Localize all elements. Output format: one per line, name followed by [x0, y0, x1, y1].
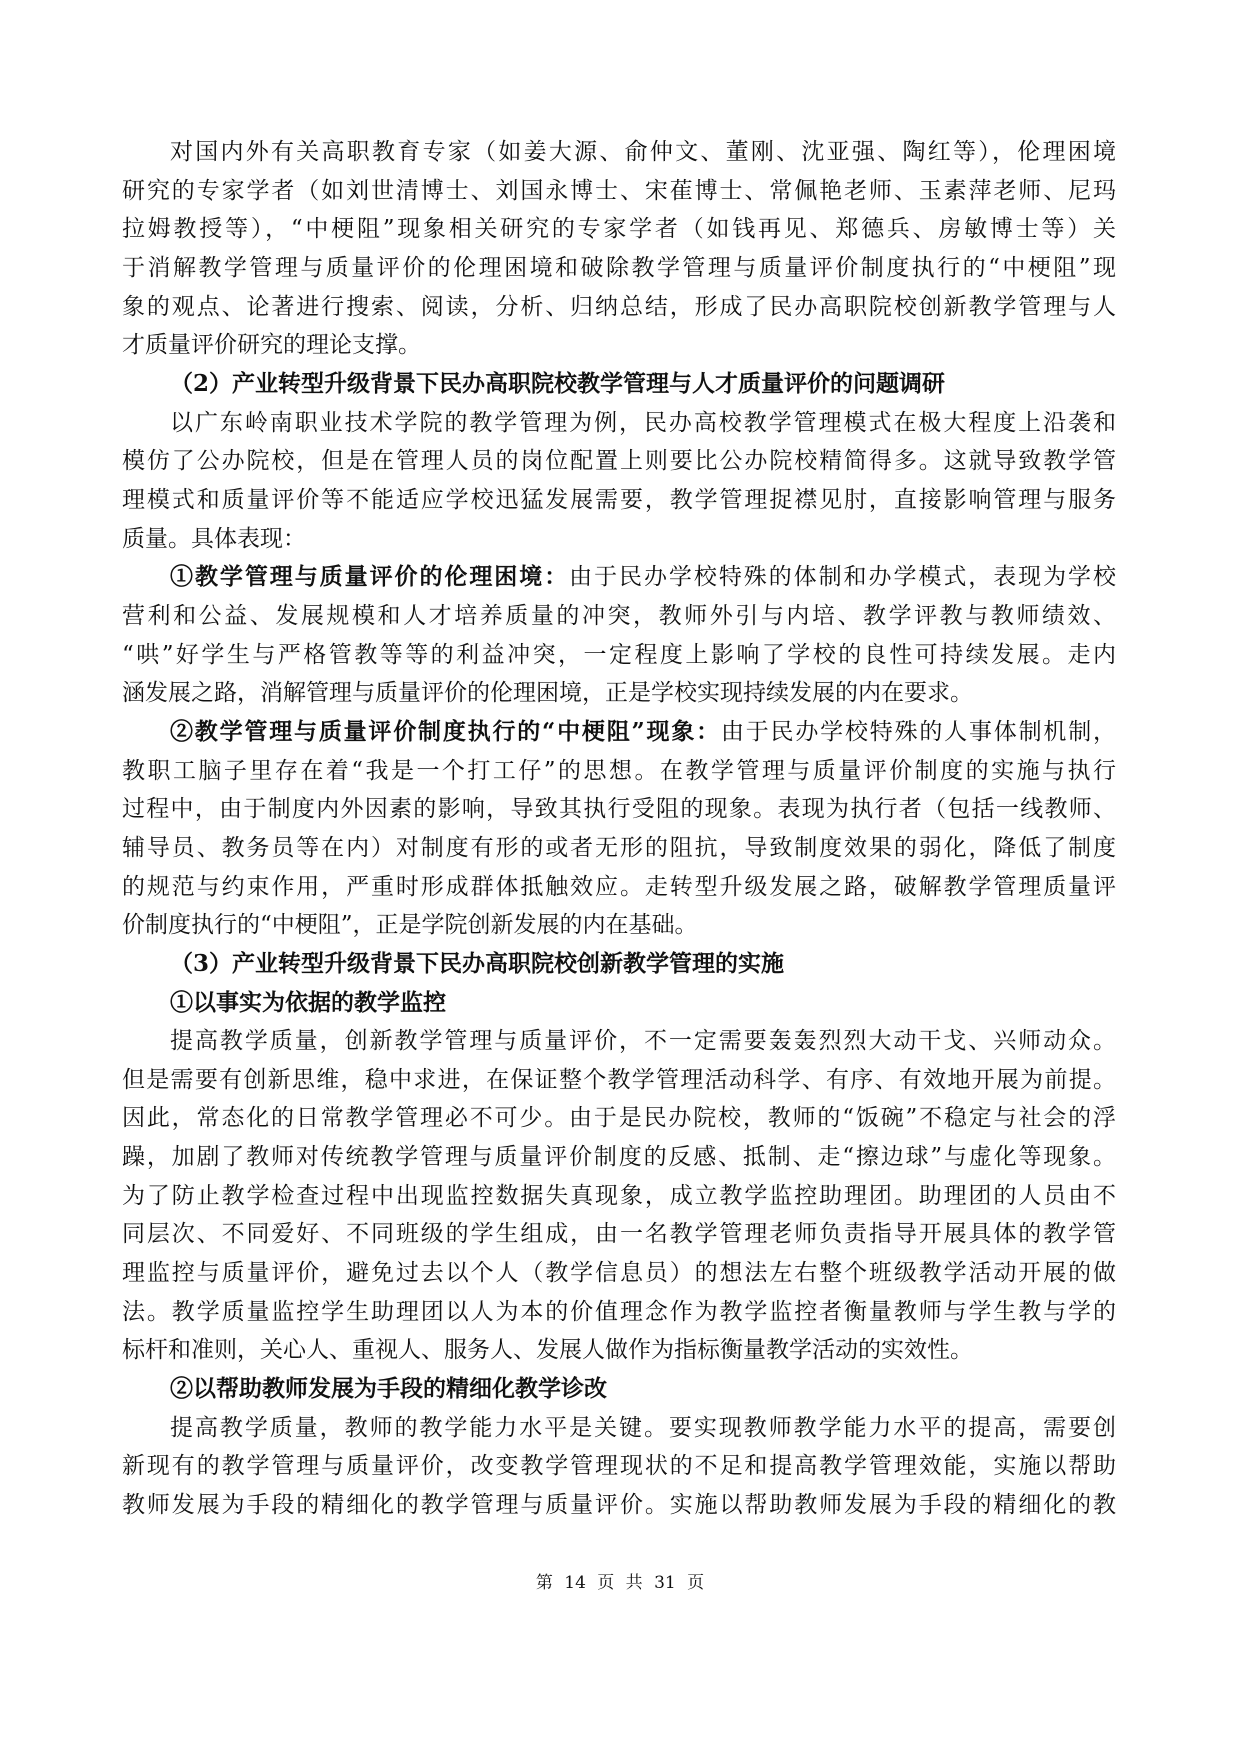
lead-paragraph-line: ②教学管理与质量评价制度执行的“中梗阻”现象：由于民办学校特殊的人事体制机制，	[170, 717, 1116, 747]
paragraph-line: 标杆和准则，关心人、重视人、服务人、发展人做作为指标衡量教学活动的实效性。	[122, 1335, 1116, 1365]
paragraph-line: 涵发展之路，消解管理与质量评价的伦理困境，正是学校实现持续发展的内在要求。	[122, 678, 1116, 708]
paragraph-line: 因此，常态化的日常教学管理必不可少。由于是民办院校，教师的“饭碗”不稳定与社会的…	[122, 1103, 1116, 1133]
lead-term: ①教学管理与质量评价的伦理困境：	[170, 563, 569, 590]
paragraph-line: 提高教学质量，创新教学管理与质量评价，不一定需要轰轰烈烈大动干戈、兴师动众。	[170, 1026, 1116, 1056]
paragraph-line: 但是需要有创新思维，稳中求进，在保证整个教学管理活动科学、有序、有效地开展为前提…	[122, 1065, 1116, 1095]
lead-text: 由于民办学校特殊的体制和办学模式，表现为学校	[569, 564, 1116, 590]
paragraph-line: 辅导员、教务员等在内）对制度有形的或者无形的阻抗，导致制度效果的弱化，降低了制度	[122, 833, 1116, 863]
subheading-2: ②以帮助教师发展为手段的精细化教学诊改	[170, 1374, 1116, 1404]
lead-term: ②教学管理与质量评价制度执行的“中梗阻”现象：	[170, 718, 721, 745]
paragraph-line: 的规范与约束作用，严重时形成群体抵触效应。走转型升级发展之路，破解教学管理质量评	[122, 872, 1116, 902]
section-heading-2: （2）产业转型升级背景下民办高职院校教学管理与人才质量评价的问题调研	[170, 369, 1116, 399]
paragraph-line: 躁，加剧了教师对传统教学管理与质量评价制度的反感、抵制、走“擦边球”与虚化等现象…	[122, 1142, 1116, 1172]
paragraph-line: 法。教学质量监控学生助理团以人为本的价值理念作为教学监控者衡量教师与学生教与学的	[122, 1297, 1116, 1327]
lead-paragraph-line: ①教学管理与质量评价的伦理困境：由于民办学校特殊的体制和办学模式，表现为学校	[170, 562, 1116, 592]
paragraph-line: 以广东岭南职业技术学院的教学管理为例，民办高校教学管理模式在极大程度上沿袭和	[170, 408, 1116, 438]
paragraph-line: 为了防止教学检查过程中出现监控数据失真现象，成立教学监控助理团。助理团的人员由不	[122, 1181, 1116, 1211]
paragraph-line: 拉姆教授等），“中梗阻”现象相关研究的专家学者（如钱再见、郑德兵、房敏博士等）关	[122, 214, 1116, 244]
paragraph-line: 过程中，由于制度内外因素的影响，导致其执行受阻的现象。表现为执行者（包括一线教师…	[122, 794, 1116, 824]
paragraph-line: 价制度执行的“中梗阻”，正是学院创新发展的内在基础。	[122, 910, 1116, 940]
paragraph-line: 理监控与质量评价，避免过去以个人（教学信息员）的想法左右整个班级教学活动开展的做	[122, 1258, 1116, 1288]
paragraph-line: 才质量评价研究的理论支撑。	[122, 330, 1116, 360]
paragraph-line: 教师发展为手段的精细化的教学管理与质量评价。实施以帮助教师发展为手段的精细化的教	[122, 1490, 1116, 1520]
paragraph-line: 新现有的教学管理与质量评价，改变教学管理现状的不足和提高教学管理效能，实施以帮助	[122, 1451, 1116, 1481]
paragraph-line: “哄”好学生与严格管教等等的利益冲突，一定程度上影响了学校的良性可持续发展。走内	[122, 640, 1116, 670]
lead-text: 由于民办学校特殊的人事体制机制，	[721, 719, 1116, 745]
paragraph-line: 理模式和质量评价等不能适应学校迅猛发展需要，教学管理捉襟见肘，直接影响管理与服务	[122, 485, 1116, 515]
paragraph-line: 象的观点、论著进行搜索、阅读，分析、归纳总结，形成了民办高职院校创新教学管理与人	[122, 292, 1116, 322]
paragraph-line: 模仿了公办院校，但是在管理人员的岗位配置上则要比公办院校精简得多。这就导致教学管	[122, 446, 1116, 476]
paragraph-line: 同层次、不同爱好、不同班级的学生组成，由一名教学管理老师负责指导开展具体的教学管	[122, 1219, 1116, 1249]
document-page: 对国内外有关高职教育专家（如姜大源、俞仲文、董刚、沈亚强、陶红等），伦理困境 研…	[0, 0, 1240, 1754]
paragraph-line: 研究的专家学者（如刘世清博士、刘国永博士、宋萑博士、常佩艳老师、玉素萍老师、尼玛	[122, 176, 1116, 206]
paragraph-line: 营利和公益、发展规模和人才培养质量的冲突，教师外引与内培、教学评教与教师绩效、	[122, 601, 1116, 631]
subheading-1: ①以事实为依据的教学监控	[170, 988, 1116, 1018]
paragraph-line: 于消解教学管理与质量评价的伦理困境和破除教学管理与质量评价制度执行的“中梗阻”现	[122, 253, 1116, 283]
section-heading-3: （3）产业转型升级背景下民办高职院校创新教学管理的实施	[170, 949, 1116, 979]
paragraph-line: 教职工脑子里存在着“我是一个打工仔”的思想。在教学管理与质量评价制度的实施与执行	[122, 756, 1116, 786]
paragraph-line: 对国内外有关高职教育专家（如姜大源、俞仲文、董刚、沈亚强、陶红等），伦理困境	[170, 137, 1116, 167]
paragraph-line: 质量。具体表现：	[122, 524, 1116, 554]
page-number-footer: 第 14 页 共 31 页	[0, 1568, 1240, 1593]
paragraph-line: 提高教学质量，教师的教学能力水平是关键。要实现教师教学能力水平的提高，需要创	[170, 1413, 1116, 1443]
